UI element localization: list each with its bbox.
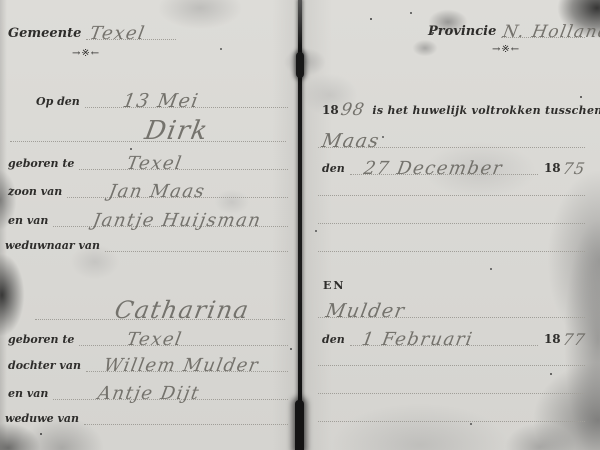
groom-birth-year-prefix: 18	[538, 162, 563, 175]
groom-father-line: Jan Maas	[67, 177, 288, 198]
handwritten-bride-surname: Mulder	[324, 300, 407, 322]
gemeente-label: Gemeente	[8, 27, 86, 40]
binding-knot-bottom	[295, 400, 304, 450]
handwritten-groom-first-name: Dirk	[142, 116, 211, 146]
weduwnaar-van-label: weduwnaar van	[5, 239, 105, 252]
marriage-booklet-scan: Gemeente Texel →※← Op den 13 Mei Dirk ge…	[0, 0, 600, 450]
zoon-van-label: zoon van	[8, 185, 67, 198]
field-groom-surname: Maas	[318, 128, 585, 148]
handwritten-bride-mother: Antje Dijt	[96, 383, 201, 404]
handwritten-groom-mother: Jantje Huijsman	[91, 210, 263, 231]
bride-surname-line: Mulder	[318, 297, 585, 318]
dochter-van-label: dochter van	[8, 359, 86, 372]
field-weduwe-van: weduwe van	[5, 405, 288, 425]
geboren-te-label: geboren te	[8, 157, 79, 170]
field-bride-surname: Mulder	[318, 298, 585, 318]
bride-mother-line: Antje Dijt	[53, 379, 288, 400]
provincie-line: N. Holland	[501, 17, 585, 38]
den-label: den	[322, 333, 350, 346]
empty-line	[318, 365, 585, 366]
field-groom-birthplace: geboren te Texel	[8, 150, 288, 170]
field-bride-first-name: Catharina	[35, 286, 285, 320]
marriage-day-line: 13 Mei	[85, 87, 288, 108]
provincie-label: Provincie	[428, 25, 501, 38]
divider-ornament-icon: →※←	[72, 48, 100, 59]
geboren-te-label: geboren te	[8, 333, 79, 346]
groom-birth-date-line: 27 December	[350, 154, 538, 175]
en-label: EN	[323, 279, 350, 292]
field-groom-birth-date: den 27 December 18 75	[322, 155, 585, 175]
year-prefix: 18	[322, 104, 341, 117]
handwritten-groom-birthplace: Texel	[126, 153, 185, 174]
empty-line	[318, 393, 585, 394]
en-van-label: en van	[8, 387, 53, 400]
field-bride-birth-date: den 1 Februari 18 77	[322, 326, 585, 346]
weduwnaar-van-line	[105, 231, 288, 252]
handwritten-bride-father: Willem Mulder	[102, 355, 261, 376]
field-marriage-day: Op den 13 Mei	[36, 88, 288, 108]
field-bride-mother: en van Antje Dijt	[8, 380, 288, 400]
bride-birth-year-prefix: 18	[538, 333, 563, 346]
empty-line	[318, 223, 585, 224]
field-gemeente: Gemeente Texel	[8, 20, 176, 40]
marriage-statement: is het huwelijk voltrokken tusschen :	[364, 104, 600, 117]
field-groom-father: zoon van Jan Maas	[8, 178, 288, 198]
field-groom-first-name: Dirk	[10, 108, 286, 142]
paper-speckles	[370, 18, 372, 20]
handwritten-bride-birth-date: 1 Februari	[360, 329, 475, 350]
groom-mother-line: Jantje Huijsman	[53, 206, 288, 227]
weduwe-van-line	[84, 404, 288, 425]
divider-ornament-icon: →※←	[492, 44, 520, 55]
en-separator: EN	[323, 272, 383, 292]
empty-line	[318, 251, 585, 252]
field-groom-mother: en van Jantje Huijsman	[8, 207, 288, 227]
field-bride-father: dochter van Willem Mulder	[8, 352, 288, 372]
handwritten-bride-birth-year: 77	[561, 330, 587, 349]
bride-birth-date-line: 1 Februari	[350, 325, 538, 346]
en-van-label: en van	[8, 214, 53, 227]
handwritten-marriage-year: 98	[339, 100, 366, 120]
groom-birthplace-line: Texel	[79, 149, 288, 170]
field-bride-birthplace: geboren te Texel	[8, 326, 288, 346]
handwritten-groom-father: Jan Maas	[107, 181, 207, 202]
marriage-statement-row: 18 98 is het huwelijk voltrokken tussche…	[322, 95, 584, 117]
handwritten-bride-first-name: Catharina	[113, 296, 252, 324]
handwritten-gemeente: Texel	[89, 23, 148, 44]
groom-surname-line: Maas	[318, 127, 585, 148]
handwritten-provincie: N. Holland	[502, 22, 600, 42]
weduwe-van-label: weduwe van	[5, 412, 84, 425]
bride-birthplace-line: Texel	[79, 325, 288, 346]
bride-first-name-line: Catharina	[35, 285, 285, 320]
field-provincie: Provincie N. Holland	[428, 18, 585, 38]
handwritten-groom-birth-year: 75	[561, 159, 587, 178]
empty-line	[318, 421, 585, 422]
den-label: den	[322, 162, 350, 175]
handwritten-bride-birthplace: Texel	[126, 329, 185, 350]
handwritten-groom-birth-date: 27 December	[362, 158, 504, 179]
empty-line	[318, 195, 585, 196]
groom-first-name-line: Dirk	[10, 107, 286, 142]
gemeente-line: Texel	[86, 19, 176, 40]
binding-knot-top	[296, 52, 304, 78]
bride-father-line: Willem Mulder	[86, 351, 288, 372]
handwritten-groom-surname: Maas	[320, 130, 382, 152]
field-weduwnaar-van: weduwnaar van	[5, 232, 288, 252]
